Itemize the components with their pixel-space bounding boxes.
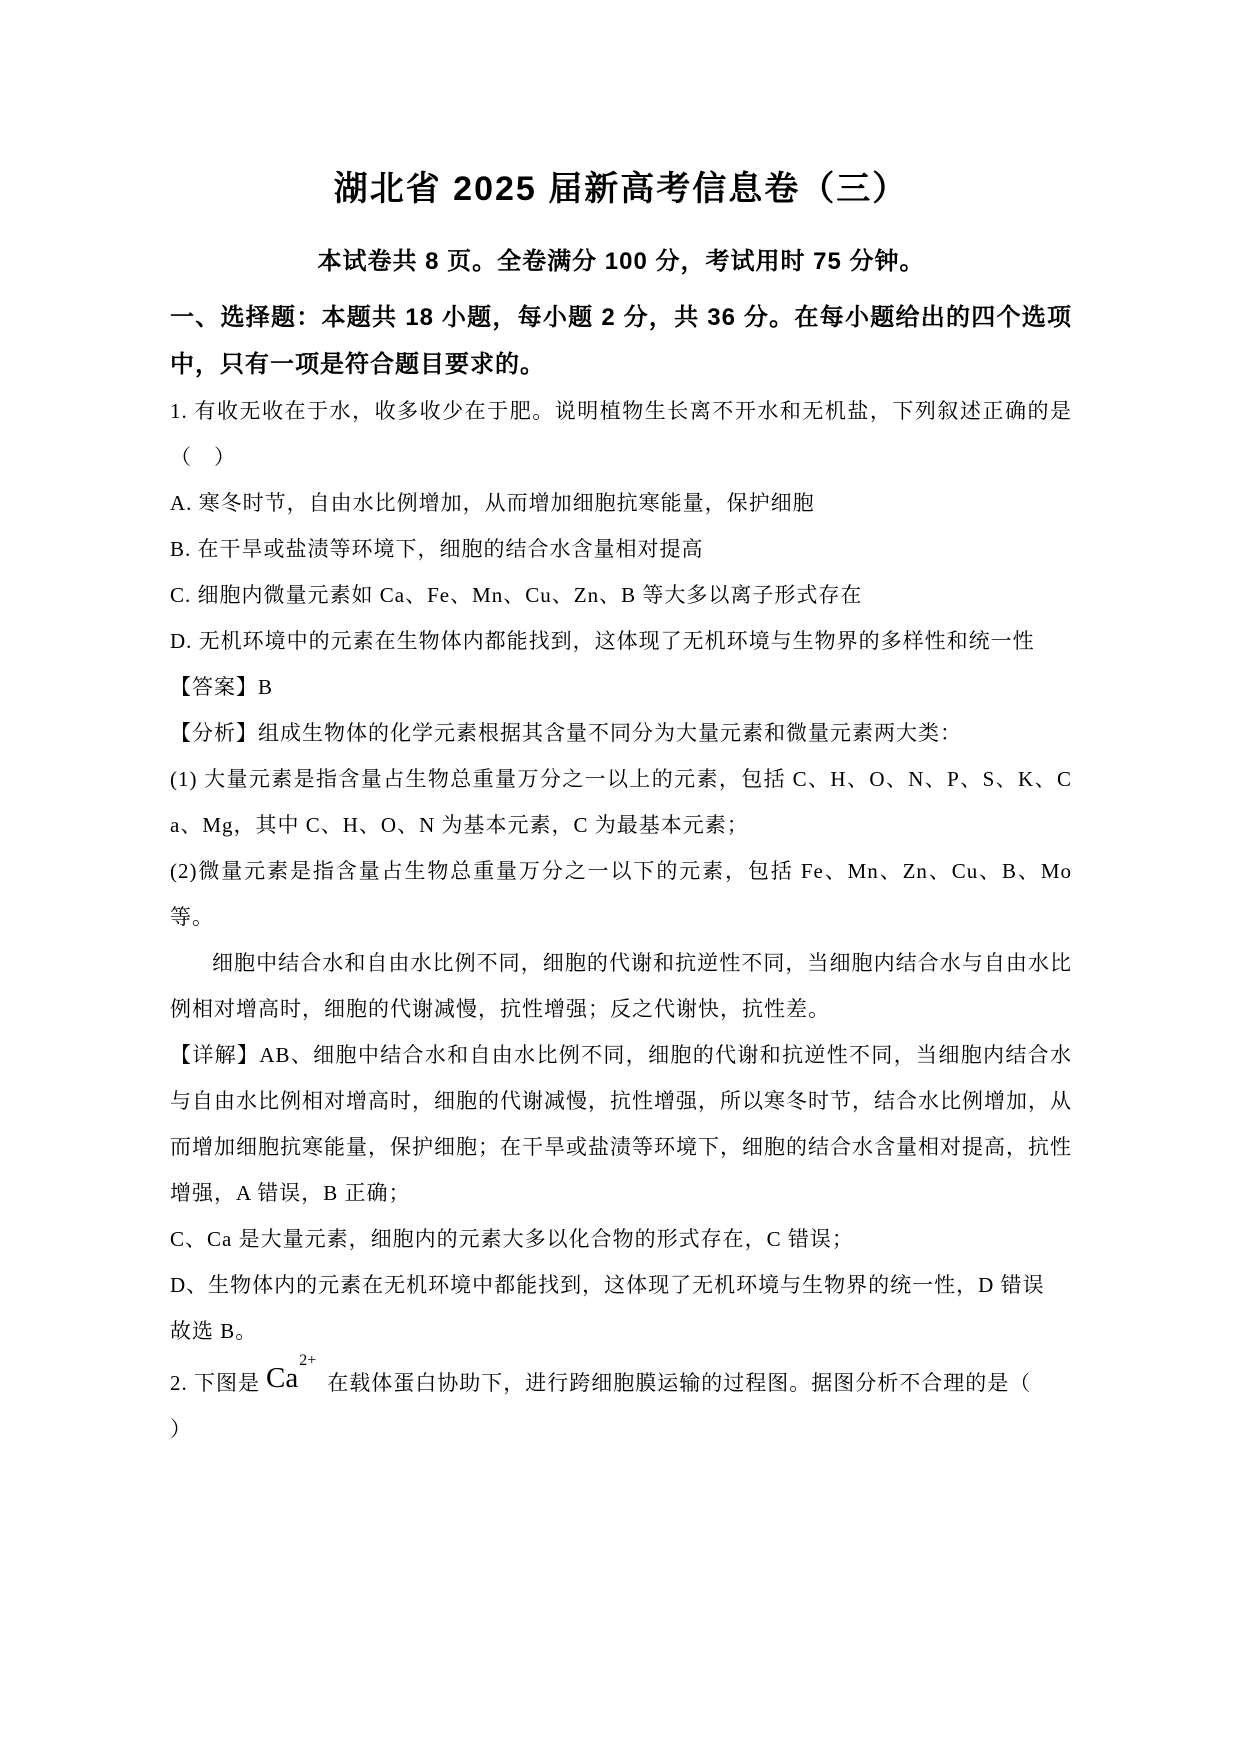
analysis-point-2: (2)微量元素是指含量占生物总重量万分之一以下的元素，包括 Fe、Mn、Zn、C… — [170, 848, 1072, 940]
question-1-option-c: C. 细胞内微量元素如 Ca、Fe、Mn、Cu、Zn、B 等大多以离子形式存在 — [170, 572, 1072, 618]
answer-value: B — [258, 675, 273, 699]
analysis-intro-text: 组成生物体的化学元素根据其含量不同分为大量元素和微量元素两大类： — [258, 721, 962, 745]
ca2plus-formula: Ca2+ — [266, 1364, 315, 1393]
detail-ab-line: 【详解】AB、细胞中结合水和自由水比例不同，细胞的代谢和抗逆性不同，当细胞内结合… — [170, 1032, 1072, 1216]
detail-c-line: C、Ca 是大量元素，细胞内的元素大多以化合物的形式存在，C 错误； — [170, 1216, 1072, 1262]
exam-info-line: 本试卷共 8 页。全卷满分 100 分，考试用时 75 分钟。 — [170, 246, 1072, 278]
question-2-suffix: 在载体蛋白协助下，进行跨细胞膜运输的过程图。据图分析不合理的是（ — [327, 1371, 1031, 1395]
detail-ab-text: AB、细胞中结合水和自由水比例不同，细胞的代谢和抗逆性不同，当细胞内结合水与自由… — [170, 1043, 1072, 1205]
question-1-stem: 1. 有收无收在于水，收多收少在于肥。说明植物生长离不开水和无机盐，下列叙述正确… — [170, 388, 1072, 480]
answer-line: 【答案】B — [170, 664, 1072, 710]
question-1-option-a: A. 寒冬时节，自由水比例增加，从而增加细胞抗寒能量，保护细胞 — [170, 480, 1072, 526]
question-2-stem: 2. 下图是Ca2+在载体蛋白协助下，进行跨细胞膜运输的过程图。据图分析不合理的… — [170, 1360, 1072, 1406]
section-1-heading: 一、选择题：本题共 18 小题，每小题 2 分，共 36 分。在每小题给出的四个… — [170, 294, 1072, 388]
conclusion-line: 故选 B。 — [170, 1308, 1072, 1354]
question-1-option-d: D. 无机环境中的元素在生物体内都能找到，这体现了无机环境与生物界的多样性和统一… — [170, 618, 1072, 664]
analysis-point-1: (1) 大量元素是指含量占生物总重量万分之一以上的元素，包括 C、H、O、N、P… — [170, 756, 1072, 848]
exam-document-page: 湖北省 2025 届新高考信息卷（三） 本试卷共 8 页。全卷满分 100 分，… — [0, 0, 1240, 1754]
question-2-close-paren: ） — [170, 1406, 1072, 1452]
detail-d-line: D、生物体内的元素在无机环境中都能找到，这体现了无机环境与生物界的统一性，D 错… — [170, 1262, 1072, 1308]
formula-superscript: 2+ — [299, 1352, 316, 1369]
analysis-label: 【分析】 — [170, 721, 258, 745]
analysis-note: 细胞中结合水和自由水比例不同，细胞的代谢和抗逆性不同，当细胞内结合水与自由水比例… — [170, 940, 1072, 1032]
analysis-intro-line: 【分析】组成生物体的化学元素根据其含量不同分为大量元素和微量元素两大类： — [170, 710, 1072, 756]
formula-base: Ca — [266, 1362, 298, 1394]
detail-label: 【详解】 — [170, 1043, 259, 1067]
question-2-prefix: 2. 下图是 — [170, 1371, 260, 1395]
answer-label: 【答案】 — [170, 675, 258, 699]
question-1-option-b: B. 在干旱或盐渍等环境下，细胞的结合水含量相对提高 — [170, 526, 1072, 572]
exam-title: 湖北省 2025 届新高考信息卷（三） — [170, 168, 1072, 210]
